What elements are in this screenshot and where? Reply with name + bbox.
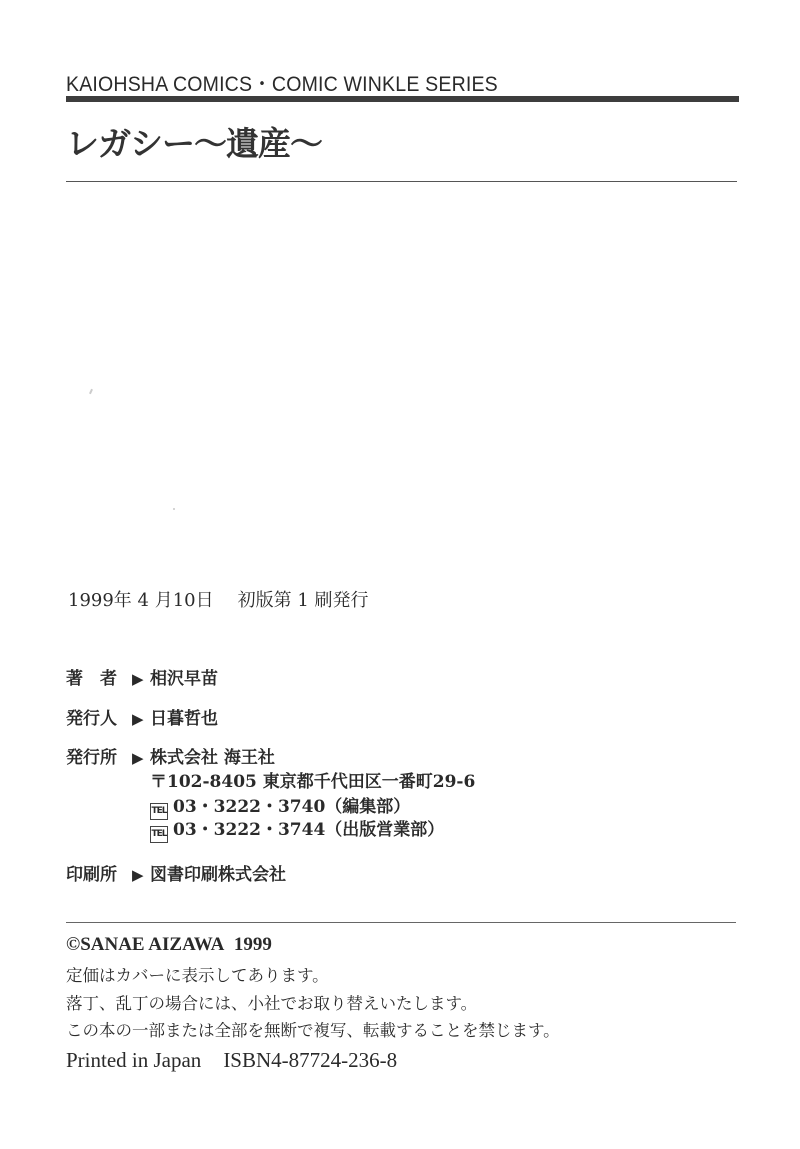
printer-name: 図書印刷株式会社 xyxy=(150,860,286,885)
reproduction-notice: この本の一部または全部を無断で複写、転載することを禁じます。 xyxy=(66,1017,560,1041)
scan-dot xyxy=(173,508,175,510)
publisher-person-row: 発行人 ▶ 日暮哲也 xyxy=(66,704,218,729)
triangle-right-icon: ▶ xyxy=(132,866,150,884)
phone-line-sales: TEL03・3222・3744（出版営業部） xyxy=(150,815,444,843)
replacement-notice: 落丁、乱丁の場合には、小社でお取り替えいたします。 xyxy=(66,990,477,1014)
phone-number: 03・3222・3740 xyxy=(173,797,325,817)
isbn: ISBN4-87724-236-8 xyxy=(223,1048,397,1072)
author-name: 相沢早苗 xyxy=(150,664,218,689)
publisher-person-label: 発行人 xyxy=(66,704,132,729)
publication-date: 1999年 4 月10日 xyxy=(68,590,214,611)
publisher-address: 〒102-8405 東京都千代田区一番町29-6 xyxy=(150,767,475,792)
printer-label: 印刷所 xyxy=(66,860,132,885)
price-notice: 定価はカバーに表示してあります。 xyxy=(66,962,329,986)
series-title: KAIOHSHA COMICS・COMIC WINKLE SERIES xyxy=(66,68,498,98)
publisher-name: 株式会社 海王社 xyxy=(150,743,275,768)
phone-department: （出版営業部） xyxy=(325,820,444,840)
telephone-icon: TEL xyxy=(150,826,168,843)
triangle-right-icon: ▶ xyxy=(132,749,150,767)
book-title: レガシー〜遺産〜 xyxy=(66,118,322,165)
printer-row: 印刷所 ▶ 図書印刷株式会社 xyxy=(66,860,286,885)
scan-speck xyxy=(89,389,93,394)
publisher-row: 発行所 ▶ 株式会社 海王社 xyxy=(66,743,275,768)
author-label: 著 者 xyxy=(66,664,132,689)
triangle-right-icon: ▶ xyxy=(132,710,150,728)
printed-line: Printed in JapanISBN4-87724-236-8 xyxy=(66,1048,397,1073)
copyright-notice: ©SANAE AIZAWA 1999 xyxy=(66,934,272,956)
printed-in-japan: Printed in Japan xyxy=(66,1048,201,1072)
publisher-person-name: 日暮哲也 xyxy=(150,704,218,729)
edition-text: 初版第 1 刷発行 xyxy=(238,590,369,611)
footer-rule xyxy=(66,922,736,923)
phone-number: 03・3222・3744 xyxy=(173,820,325,840)
publication-date-line: 1999年 4 月10日初版第 1 刷発行 xyxy=(68,586,369,612)
header-thin-rule xyxy=(66,181,737,182)
triangle-right-icon: ▶ xyxy=(132,670,150,688)
publisher-label: 発行所 xyxy=(66,743,132,768)
author-row: 著 者 ▶ 相沢早苗 xyxy=(66,664,218,689)
phone-department: （編集部） xyxy=(325,797,410,817)
header-thick-rule xyxy=(66,96,739,102)
